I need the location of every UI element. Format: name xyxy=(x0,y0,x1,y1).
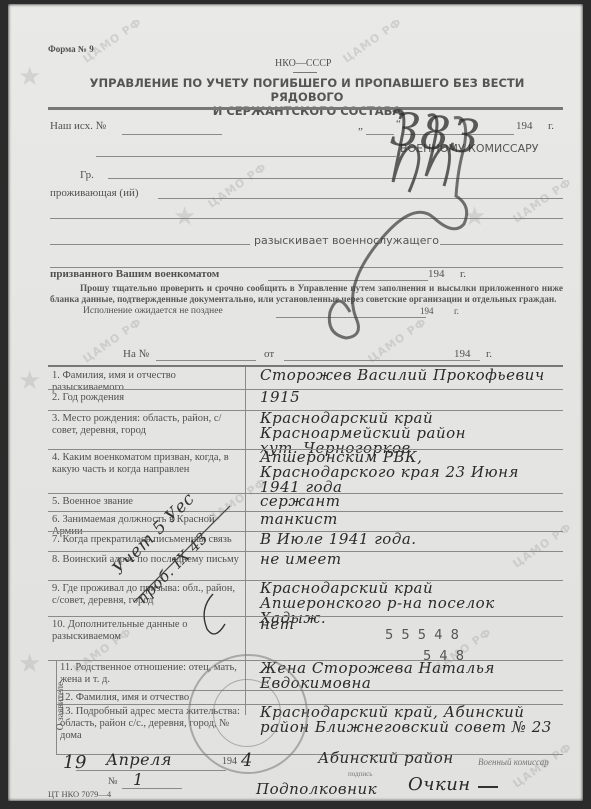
title-line-1: УПРАВЛЕНИЕ ПО УЧЕТУ ПОГИБШЕГО И ПРОПАВШЕ… xyxy=(52,76,562,104)
row-number: 7. xyxy=(52,534,60,545)
star-watermark-icon: ★ xyxy=(18,62,41,92)
row-number: 3. xyxy=(52,413,60,424)
table-row-value: Сторожев Василий Прокофьевич xyxy=(260,368,560,383)
row-label: Воинский адрес по последнему письму xyxy=(63,554,239,565)
table-row-value: сержант xyxy=(260,494,560,509)
signature-label: подпись xyxy=(348,770,372,778)
row-label: Год рождения xyxy=(63,392,125,403)
row-number: 1. xyxy=(52,370,60,381)
stamp-number: 5 4 8 xyxy=(423,649,466,664)
table-row-label: 10. Дополнительные данные о разыскиваемо… xyxy=(52,619,242,643)
deadline-year-suffix: г. xyxy=(454,306,459,316)
star-watermark-icon: ★ xyxy=(463,202,486,232)
row-label: Дополнительные данные о разыскиваемом xyxy=(52,619,187,642)
watermark: ЦАМО РФ xyxy=(205,160,269,210)
district: Абинский район xyxy=(318,749,454,767)
form-number: Форма № 9 xyxy=(48,44,94,54)
star-watermark-icon: ★ xyxy=(18,366,41,396)
date-month: Апреля xyxy=(106,750,172,769)
row-number: 6. xyxy=(52,514,60,525)
deadline-label: Исполнение ожидается не позднее xyxy=(83,306,223,316)
rank: Подполковник xyxy=(256,780,377,798)
number-value: 1 xyxy=(133,770,144,789)
row-number: 2. xyxy=(52,392,60,403)
row-label: Военное звание xyxy=(63,496,133,507)
table-row-value: танкист xyxy=(260,512,560,527)
table-row-value: В Июле 1941 года. xyxy=(260,532,560,547)
organization: НКО—СССР xyxy=(275,58,331,69)
row-label: Место рождения: область, район, с/совет,… xyxy=(52,413,221,436)
page-title: УПРАВЛЕНИЕ ПО УЧЕТУ ПОГИБШЕГО И ПРОПАВШЕ… xyxy=(52,76,562,118)
table-row-label: 1. Фамилия, имя и отчество разыскиваемог… xyxy=(52,370,242,394)
round-seal-inner xyxy=(213,679,281,747)
row-number: 5. xyxy=(52,496,60,507)
commissar-label: Военный комиссар xyxy=(478,757,549,767)
date-year-printed: 194 xyxy=(222,756,237,767)
printer-mark: ЦТ НКО 7079—4 xyxy=(48,789,111,799)
row-label: Фамилия, имя и отчество xyxy=(76,692,189,703)
row-number: 9. xyxy=(52,583,60,594)
table-row-label: 4. Каким военкоматом призван, когда, в к… xyxy=(52,452,242,476)
year-label: 194 xyxy=(516,120,533,132)
star-watermark-icon: ★ xyxy=(18,649,41,679)
table-row-value: Апшеронским РВК, Краснодарского края 23 … xyxy=(260,450,560,495)
applicant-row-value: Жена Сторожева Наталья Евдокимовна xyxy=(260,661,560,691)
stamp-number: 5 5 5 4 8 xyxy=(385,628,461,643)
applicant-section-label: О заявителе xyxy=(56,676,66,736)
row-number: 8. xyxy=(52,554,60,565)
watermark: ЦАМО РФ xyxy=(80,15,144,65)
table-row-label: 5. Военное звание xyxy=(52,496,242,508)
year-suffix: г. xyxy=(548,120,554,132)
watermark: ЦАМО РФ xyxy=(365,315,429,365)
quote-open: „ xyxy=(358,120,363,132)
table-row-label: 8. Воинский адрес по последнему письму xyxy=(52,554,242,566)
table-row-label: 2. Год рождения xyxy=(52,392,242,404)
number-label: № xyxy=(108,776,118,787)
request-body: Прошу тщательно проверить и срочно сообщ… xyxy=(50,283,563,304)
star-watermark-icon: ★ xyxy=(173,202,196,232)
document-page: ЦАМО РФ ЦАМО РФ ЦАМО РФ ЦАМО РФ ЦАМО РФ … xyxy=(8,4,583,801)
our-ref-label: Наш исх. № xyxy=(50,120,106,132)
date-year-hand: 4 xyxy=(241,750,253,771)
drafted-year: 194 xyxy=(428,268,445,280)
row-number: 4. xyxy=(52,452,60,463)
signature: Очкин xyxy=(408,774,471,795)
row-number: 10. xyxy=(52,619,65,630)
deadline-year: 194 xyxy=(420,306,434,316)
table-row-label: 3. Место рождения: область, район, с/сов… xyxy=(52,413,242,437)
reply-from-label: от xyxy=(264,348,274,360)
table-row-value: 1915 xyxy=(260,390,560,405)
row-label: Каким военкоматом призван, когда, в каку… xyxy=(52,452,229,475)
table-row-value: не имеет xyxy=(260,552,560,567)
searching-label: разыскивает военнослужащего xyxy=(254,234,439,247)
reply-year: 194 xyxy=(454,348,471,360)
row-number: 11. xyxy=(60,662,73,673)
drafted-label: призванного Вашим военкоматом xyxy=(50,268,219,280)
residing-label: проживающая (ий) xyxy=(50,187,139,199)
drafted-year-suffix: г. xyxy=(460,268,466,280)
reply-no-label: На № xyxy=(123,348,149,360)
pencil-number: 383 xyxy=(388,101,482,164)
watermark: ЦАМО РФ xyxy=(340,15,404,65)
citizen-label: Гр. xyxy=(80,169,94,181)
reply-year-suffix: г. xyxy=(486,348,492,360)
